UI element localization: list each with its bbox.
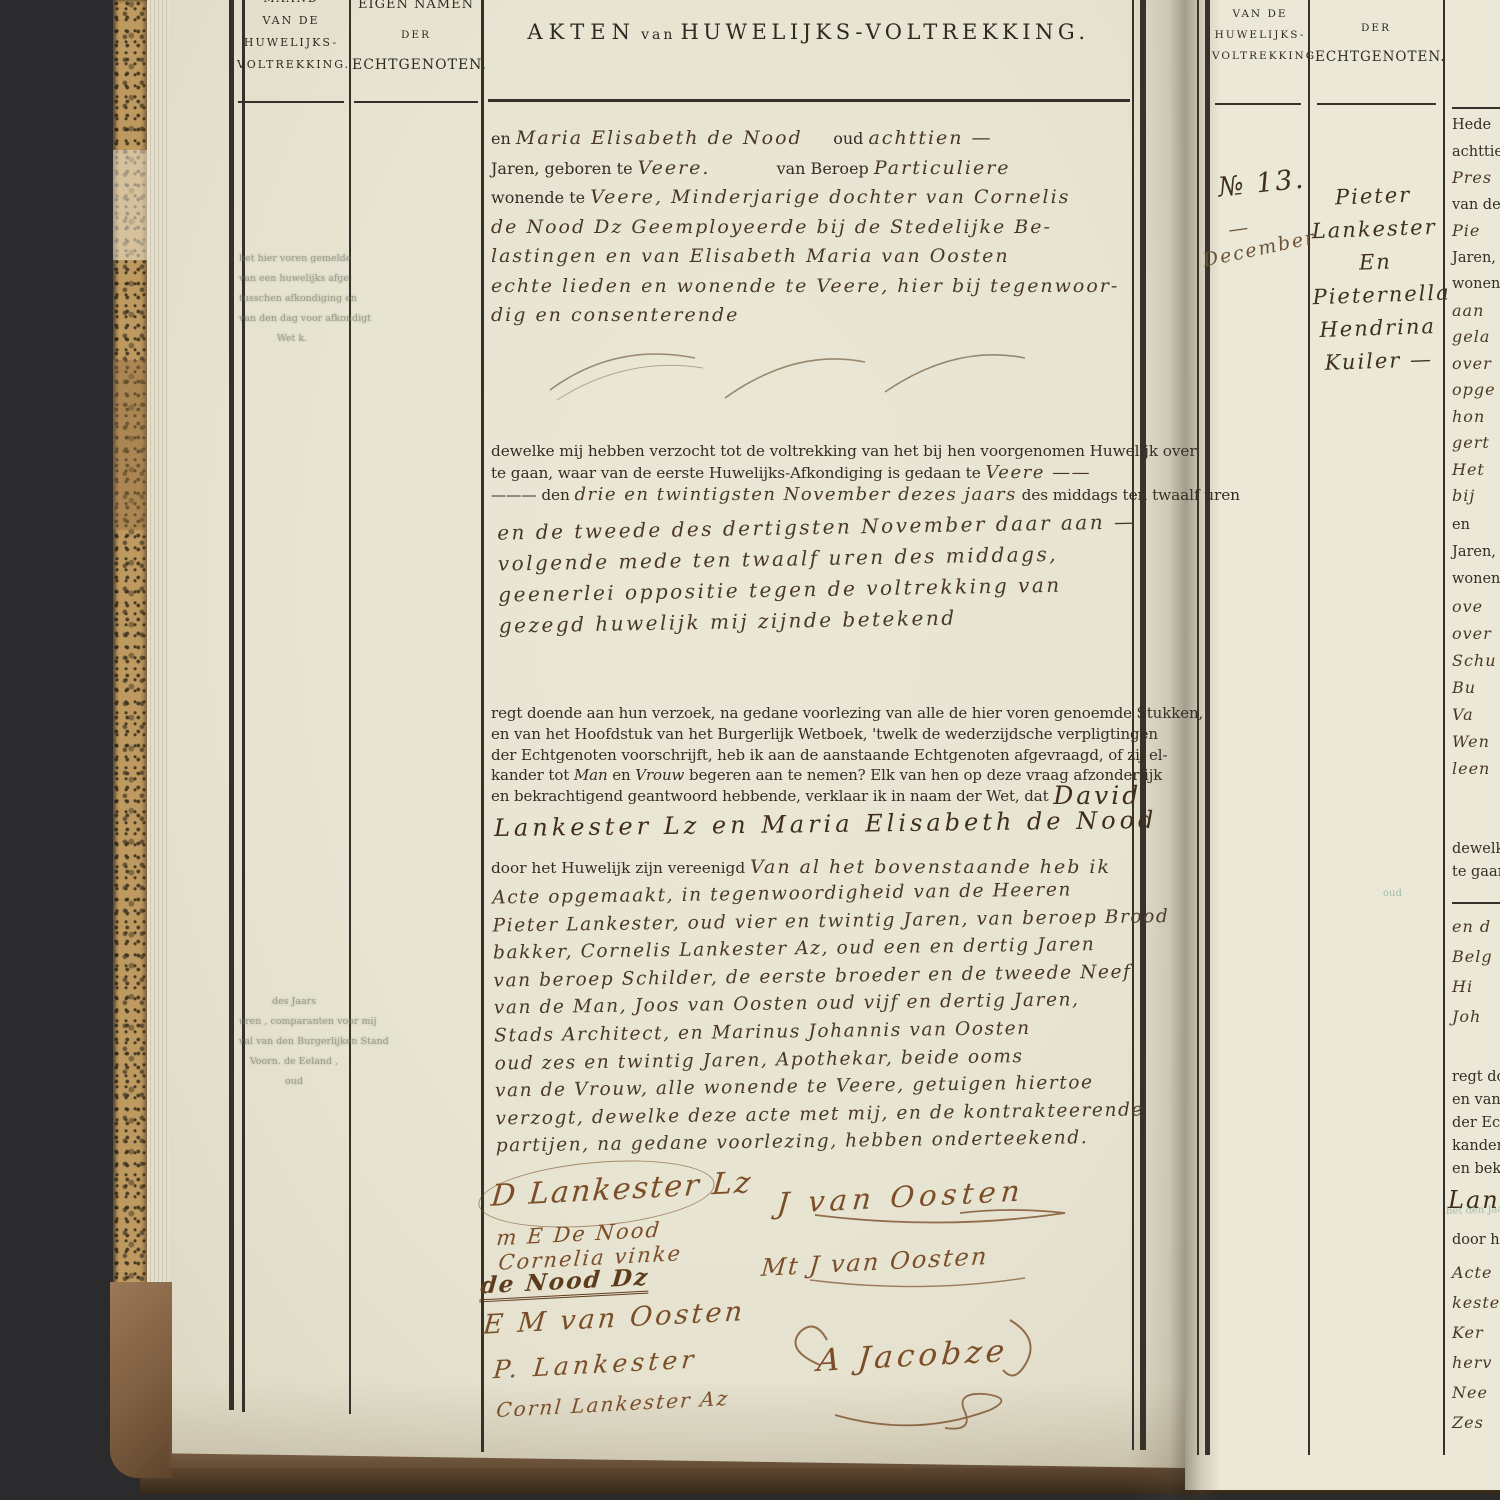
- spouse-name-line: Pieter: [1309, 178, 1438, 215]
- act-paragraph-banns: dewelke mij hebben verzocht tot de voltr…: [491, 440, 1133, 506]
- header-line: DER: [1315, 14, 1437, 43]
- act-line: Jaren, geboren te Veere. van Beroep Part…: [491, 154, 1133, 184]
- fragment-line: ove: [1452, 593, 1500, 620]
- text-segment: van Beroep: [710, 159, 873, 178]
- header-rule-col1: [238, 101, 344, 103]
- act-line: dig en consenterende: [491, 301, 1133, 331]
- bleedthrough-line: Voorn. de Eeland ,: [239, 1052, 349, 1072]
- rp-body-fragments-3: dewelkte gaan: [1452, 838, 1500, 884]
- fragment-line: bij: [1452, 483, 1500, 510]
- fragment-line: Het: [1452, 457, 1500, 484]
- bleedthrough-teal-1: oud: [1383, 888, 1402, 899]
- column-header-names: EIGEN NAMEN DER ECHTGENOTEN.: [352, 0, 480, 80]
- act-paragraph-witnesses: Acte opgemaakt, in tegenwoordigheid van …: [492, 876, 1138, 1161]
- header-line: VAN DE: [1212, 4, 1308, 25]
- rp-spouse-names: PieterLankesterEnPieternellaHendrinaKuil…: [1309, 178, 1444, 380]
- fragment-line: wonend: [1452, 271, 1500, 298]
- text-segment: Veere.: [638, 157, 711, 179]
- text-segment: der Echtgenoten voorschrijft, heb ik aan…: [491, 746, 1167, 764]
- text-segment: des middags ten twaalf uren: [1017, 486, 1240, 504]
- fragment-line: Joh: [1452, 1002, 1500, 1032]
- fragment-line: regt do: [1452, 1066, 1500, 1089]
- header-rule-col2: [354, 101, 478, 103]
- spouse-name-line: En: [1311, 244, 1440, 281]
- spouse-name-line: Lankester: [1310, 211, 1439, 248]
- text-segment: Man: [574, 766, 608, 784]
- text-segment: door het Huwelijk zijn vereenigd: [491, 859, 750, 877]
- act-line: ——— den drie en twintigsten November dez…: [491, 484, 1133, 506]
- spouse-name-line: Kuiler —: [1314, 343, 1443, 380]
- text-segment: Veere, Minderjarige dochter van Cornelis: [590, 186, 1070, 208]
- table-border-left-thin: [242, 0, 245, 1412]
- table-border-left-thick: [229, 0, 234, 1410]
- header-line: VAN DE: [237, 10, 345, 32]
- text-segment: ——— den: [491, 486, 575, 504]
- fragment-line: Wen: [1452, 728, 1500, 755]
- signature-underline-flourish: [810, 1205, 1080, 1229]
- text-segment: Veere ——: [985, 462, 1091, 483]
- fragment-line: hon: [1452, 404, 1500, 431]
- fragment-line: over: [1452, 351, 1500, 378]
- fragment-line: Pres: [1452, 165, 1500, 192]
- fragment-line: wonend: [1452, 566, 1500, 593]
- header-line: EIGEN NAMEN: [352, 0, 480, 20]
- header-rule-main: [488, 99, 1130, 102]
- fragment-line: Hi: [1452, 972, 1500, 1002]
- act-line: en bekrachtigend geantwoord hebbende, ve…: [491, 786, 1133, 807]
- text-segment: wonende te: [491, 188, 590, 207]
- header-line: ECHTGENOTEN.: [1315, 43, 1437, 72]
- bleedthrough-line: val van den Burgerlijken Stand: [239, 1032, 349, 1052]
- bleedthrough-teal-2: het den Jaars: [1446, 1204, 1500, 1217]
- act-line: regt doende aan hun verzoek, na gedane v…: [491, 703, 1133, 724]
- pen-flourish-strokes: [545, 328, 1045, 418]
- rp-header-rule-col2: [1317, 103, 1436, 105]
- text-segment: en bekrachtigend geantwoord hebbende, ve…: [491, 787, 1053, 805]
- header-line: VOLTREKKING.: [1212, 46, 1308, 67]
- rp-body-fragments-6: ActekesteKerhervNeeZes: [1452, 1258, 1500, 1438]
- page-title: AKTEN van HUWELIJKS-VOLTREKKING.: [487, 20, 1130, 44]
- header-line: HUWELIJKS-: [1212, 25, 1308, 46]
- text-segment: regt doende aan hun verzoek, na gedane v…: [491, 704, 1203, 722]
- bleedthrough-line: tusschen afkondiging en: [239, 289, 345, 309]
- fragment-line: van de: [1452, 192, 1500, 219]
- header-line: DER: [352, 20, 480, 50]
- text-segment: de Nood Dz Geemployeerde bij de Stedelij…: [491, 216, 1052, 238]
- text-segment: lastingen en van Elisabeth Maria van Oos…: [491, 245, 1010, 267]
- rp-body-fragments-5: regt doen vander Eckanderen bekr: [1452, 1066, 1500, 1181]
- bleedthrough-line: van den dag voor afkondigt: [239, 309, 345, 329]
- fragment-line: herv: [1452, 1348, 1500, 1378]
- fragment-line: en van: [1452, 1089, 1500, 1112]
- act-paragraph-bride: en Maria Elisabeth de Nood oud achttien …: [491, 124, 1133, 331]
- fragment-line: Bu: [1452, 674, 1500, 701]
- text-segment: kander tot: [491, 766, 574, 784]
- rp-border-left-thin: [1197, 0, 1199, 1455]
- rp-header-rule-col1: [1215, 103, 1301, 105]
- column-divider-2: [481, 0, 484, 1452]
- archival-scan: MAAND VAN DE HUWELIJKS- VOLTREKKING. EIG…: [0, 0, 1500, 1500]
- fragment-line: Jaren,: [1452, 245, 1500, 272]
- spouse-name-line: Hendrina: [1313, 310, 1442, 347]
- page-edge-highlight: [113, 150, 147, 260]
- act-line: en Maria Elisabeth de Nood oud achttien …: [491, 124, 1133, 154]
- fragment-line: en: [1452, 512, 1500, 539]
- fragment-line: leen: [1452, 755, 1500, 782]
- title-word: AKTEN: [527, 20, 636, 44]
- act-line: kander tot Man en Vrouw begeren aan te n…: [491, 765, 1133, 786]
- act-line: de Nood Dz Geemployeerde bij de Stedelij…: [491, 213, 1133, 243]
- act-line: dewelke mij hebben verzocht tot de voltr…: [491, 440, 1133, 462]
- fragment-line: keste: [1452, 1288, 1500, 1318]
- rp-column-header-month: VAN DE HUWELIJKS- VOLTREKKING.: [1212, 4, 1308, 67]
- text-segment: Van al het bovenstaande heb ik: [750, 856, 1111, 878]
- text-segment: dig en consenterende: [491, 304, 739, 326]
- bleedthrough-line: uren , comparanten voor mij: [239, 1012, 349, 1032]
- text-segment: Maria Elisabeth de Nood: [516, 127, 803, 149]
- bleedthrough-text-bottom: des Jaarsuren , comparanten voor mijval …: [239, 992, 349, 1092]
- act-line: wonende te Veere, Minderjarige dochter v…: [491, 183, 1133, 213]
- column-header-month: MAAND VAN DE HUWELIJKS- VOLTREKKING.: [237, 0, 345, 76]
- header-line: HUWELIJKS-: [237, 32, 345, 54]
- text-segment: oud: [803, 129, 869, 148]
- fragment-line: opge: [1452, 377, 1500, 404]
- text-segment: Particuliere: [874, 157, 1011, 179]
- fragment-line: gert: [1452, 430, 1500, 457]
- text-segment: en: [491, 129, 516, 148]
- spouse-name-line: Pieternella: [1312, 277, 1441, 314]
- fragment-line: kander: [1452, 1135, 1500, 1158]
- text-segment: te gaan, waar van de eerste Huwelijks-Af…: [491, 464, 985, 482]
- header-line: ECHTGENOTEN.: [352, 50, 480, 80]
- text-segment: Jaren, geboren te: [491, 159, 638, 178]
- rp-body-fragments-4: en dBelgHiJoh: [1452, 912, 1500, 1032]
- rp-border-left-thick: [1205, 0, 1210, 1455]
- header-line: MAAND: [237, 0, 345, 10]
- rp-fragment-door: door he: [1452, 1232, 1500, 1248]
- fragment-line: aan: [1452, 298, 1500, 325]
- act-line: der Echtgenoten voorschrijft, heb ik aan…: [491, 745, 1133, 766]
- text-segment: achttien —: [868, 127, 992, 149]
- bleedthrough-line: Wet k.: [239, 329, 345, 349]
- act-line: lastingen en van Elisabeth Maria van Oos…: [491, 242, 1133, 272]
- rp-mid-rule: [1452, 902, 1500, 904]
- fragment-line: over: [1452, 620, 1500, 647]
- bleedthrough-line: oud: [239, 1072, 349, 1092]
- signature-underline-flourish-2: [805, 1272, 1035, 1294]
- fragment-line: dewelk: [1452, 838, 1500, 861]
- act-line: en van het Hoofdstuk van het Burgerlijk …: [491, 724, 1133, 745]
- fragment-line: Ker: [1452, 1318, 1500, 1348]
- act-paragraph-declaration: regt doende aan hun verzoek, na gedane v…: [491, 703, 1133, 807]
- fragment-line: Hede: [1452, 112, 1500, 139]
- fragment-line: Zes: [1452, 1408, 1500, 1438]
- rp-column-divider-2: [1443, 0, 1445, 1455]
- act-paragraph-banns-handwritten: en de tweede des dertigsten November daa…: [497, 506, 1141, 641]
- title-word: HUWELIJKS-VOLTREKKING.: [680, 20, 1089, 44]
- rp-column-header-names: DER ECHTGENOTEN.: [1315, 14, 1437, 72]
- bleedthrough-text-top: het hier voren gemeldevan een huwelijks …: [239, 249, 345, 349]
- page-edge-tone: [113, 360, 147, 530]
- act-line: echte lieden en wonende te Veere, hier b…: [491, 272, 1133, 302]
- title-word-small: van: [641, 27, 675, 43]
- text-segment: en: [608, 766, 636, 784]
- text-segment: echte lieden en wonende te Veere, hier b…: [491, 275, 1119, 297]
- fragment-line: Acte: [1452, 1258, 1500, 1288]
- fragment-line: en bekr: [1452, 1158, 1500, 1181]
- rp-body-fragments-1: HedeachttienPresvan dePieJaren,wonendaan…: [1452, 112, 1500, 510]
- column-divider-1: [349, 0, 351, 1414]
- signature-swash-flourish: [775, 1310, 1055, 1440]
- fragment-line: der Ec: [1452, 1112, 1500, 1135]
- fragment-line: Belg: [1452, 942, 1500, 972]
- fragment-line: Va: [1452, 701, 1500, 728]
- fragment-line: Schu: [1452, 647, 1500, 674]
- page-stack-edge: [147, 0, 169, 1462]
- act-line: te gaan, waar van de eerste Huwelijks-Af…: [491, 462, 1133, 484]
- act-number-dash: —: [1226, 215, 1249, 242]
- fragment-line: gela: [1452, 324, 1500, 351]
- bleedthrough-line: des Jaars: [239, 992, 349, 1012]
- fragment-line: Pie: [1452, 218, 1500, 245]
- text-segment: Vrouw: [635, 766, 684, 784]
- text-segment: en van het Hoofdstuk van het Burgerlijk …: [491, 725, 1158, 743]
- fragment-line: Nee: [1452, 1378, 1500, 1408]
- text-segment: dewelke mij hebben verzocht tot de voltr…: [491, 442, 1197, 460]
- rp-body-fragments-2: en Jaren,wonendoveoverSchuBuVaWenleen: [1452, 512, 1500, 782]
- fragment-line: achttien: [1452, 139, 1500, 166]
- fragment-line: te gaan: [1452, 861, 1500, 884]
- fragment-line: en d: [1452, 912, 1500, 942]
- rp-header-rule-body: [1452, 107, 1500, 109]
- fragment-line: Jaren,: [1452, 539, 1500, 566]
- text-segment: drie en twintigsten November dezes jaars: [575, 484, 1017, 505]
- book-cover-corner: [110, 1282, 172, 1478]
- bleedthrough-line: van een huwelijks afge-: [239, 269, 345, 289]
- bleedthrough-line: het hier voren gemelde: [239, 249, 345, 269]
- header-line: VOLTREKKING.: [237, 54, 345, 76]
